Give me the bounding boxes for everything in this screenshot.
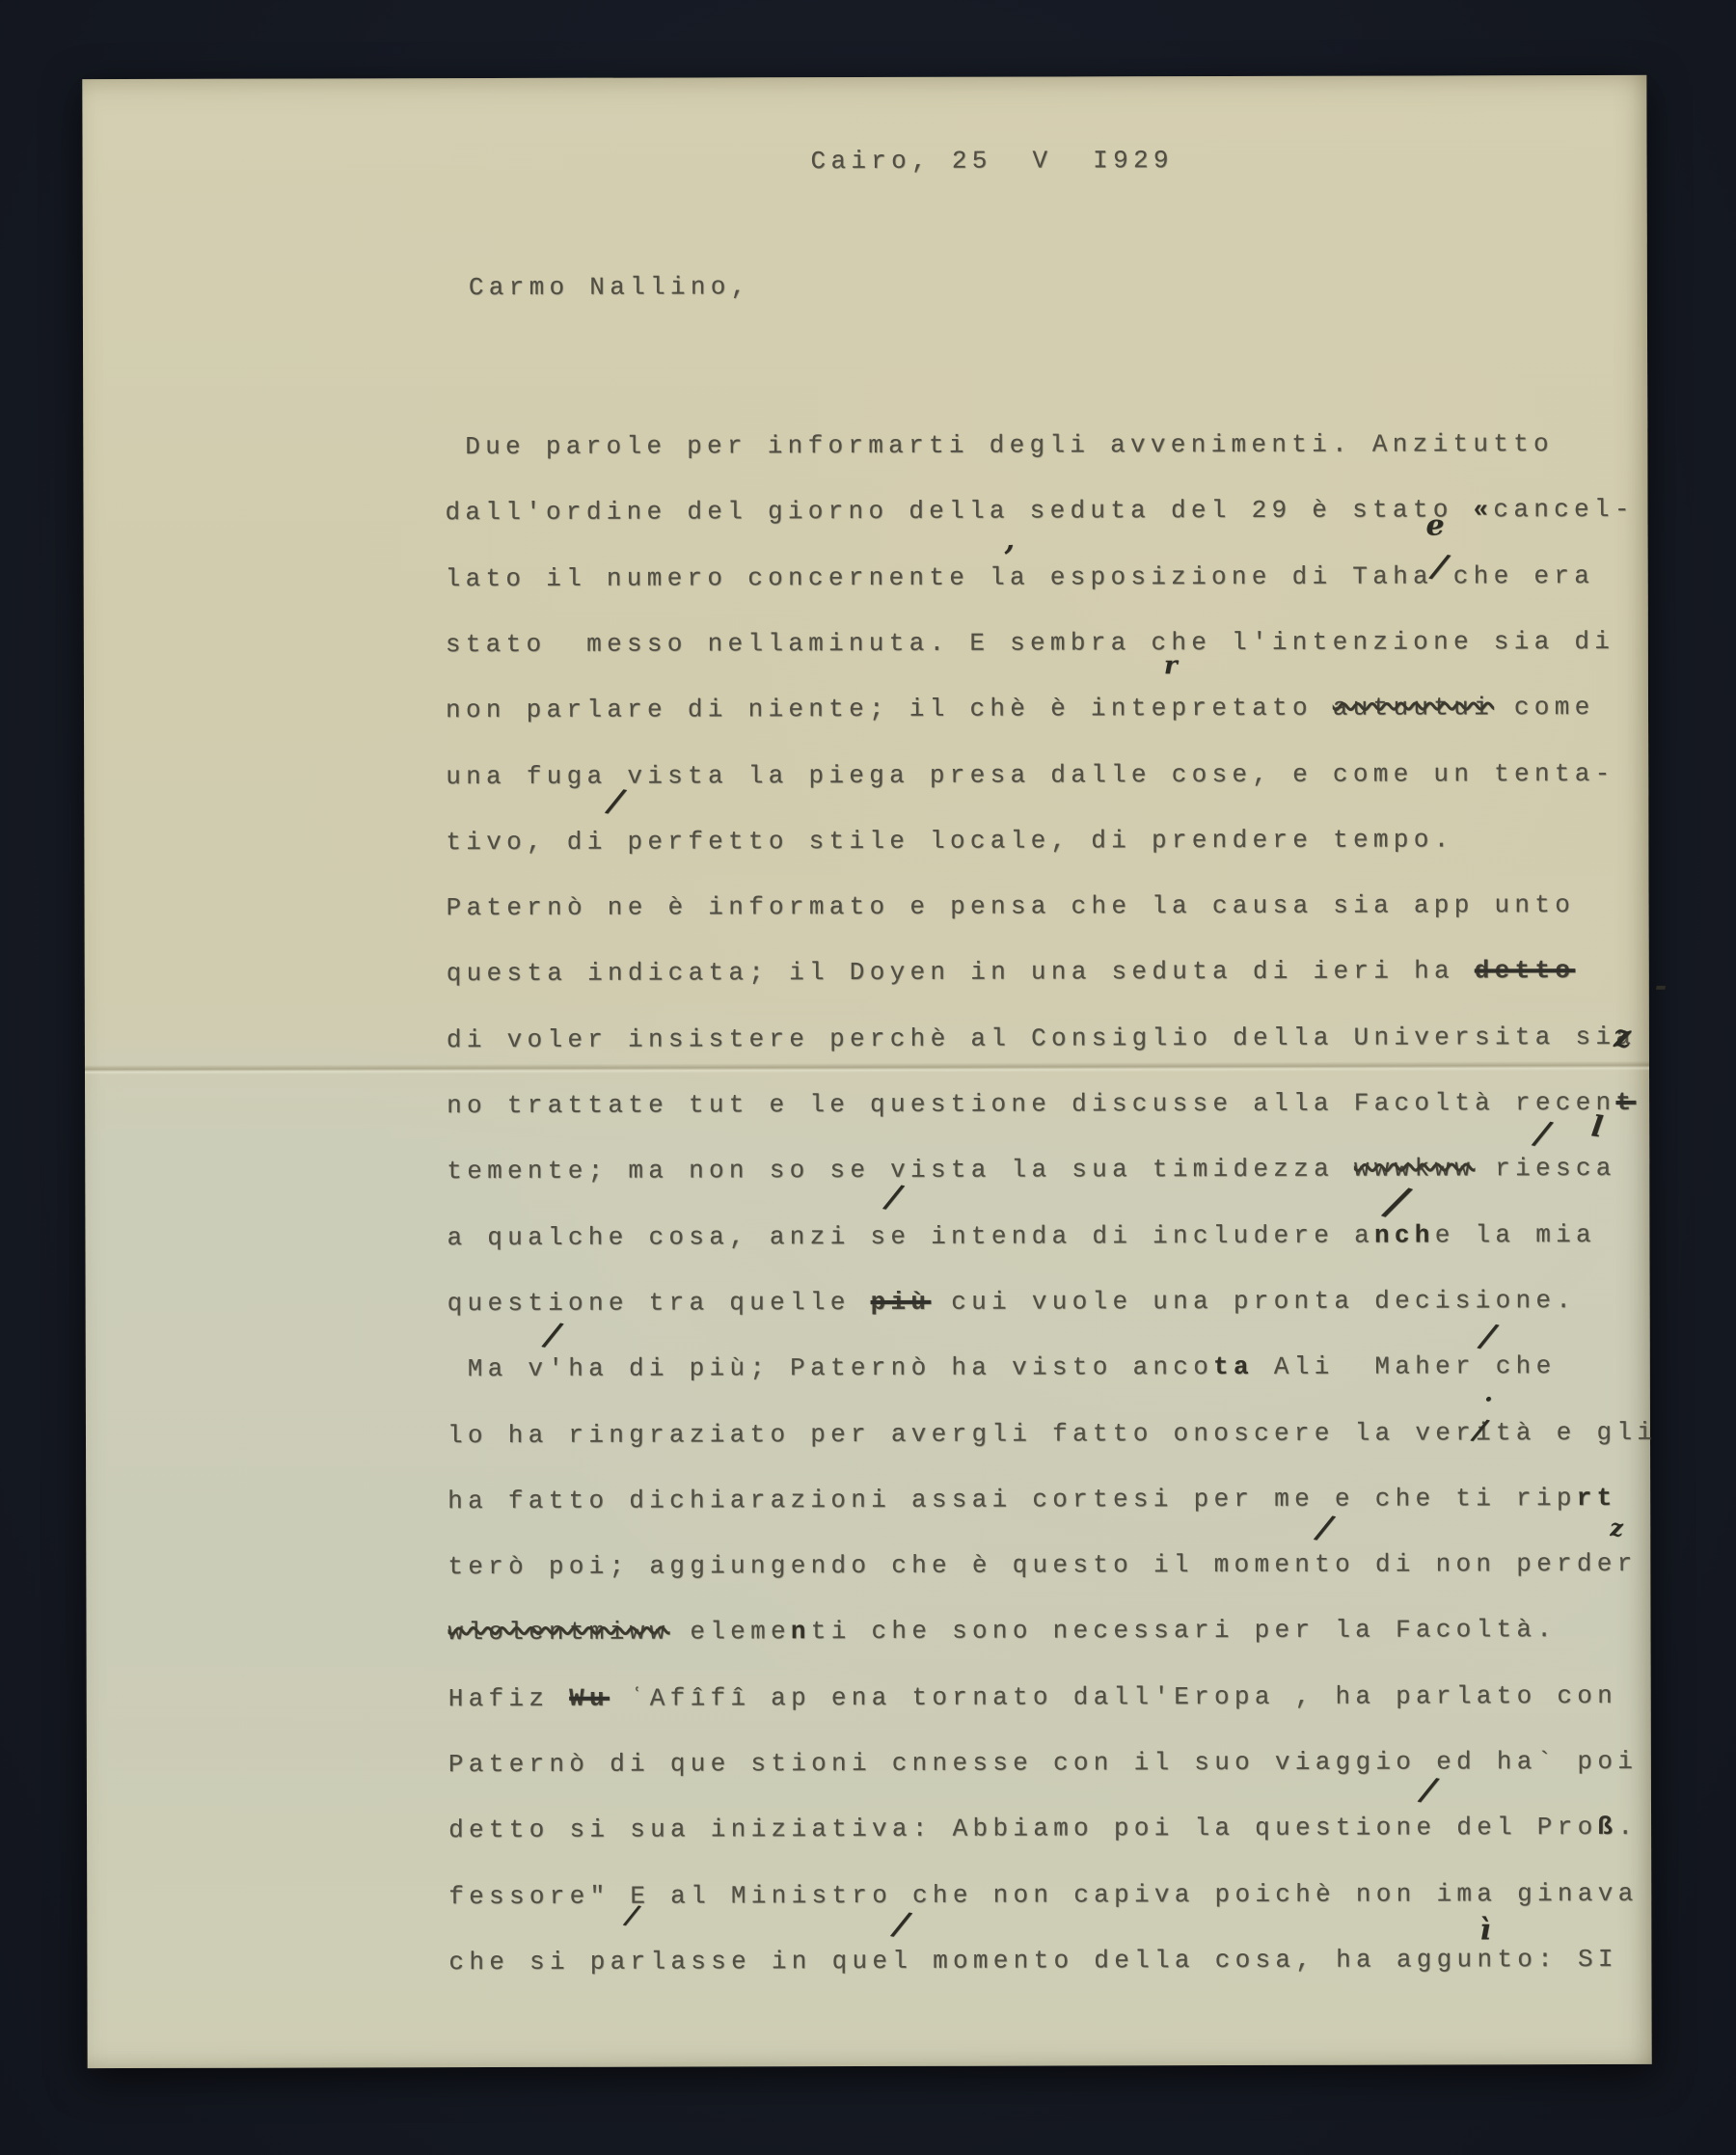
typed-line: ha fatto dichiarazioni assai cortesi per…	[448, 1482, 1616, 1517]
pen-annotation: /	[892, 1907, 910, 1942]
salutation: Carmo Nallino,	[469, 270, 751, 304]
letter-lines: Due parole per informarti degli avvenime…	[82, 75, 1646, 79]
typed-line: fessore" E al Ministro che non capiva po…	[448, 1877, 1638, 1913]
typed-line: Paternò ne è informato e pensa che la ca…	[447, 888, 1576, 924]
typed-line: temente; ma non so se vista la sua timid…	[447, 1152, 1615, 1187]
typed-line: non parlare di niente; il chè è intepret…	[446, 691, 1595, 726]
typed-line: questa indicata; il Doyen in una seduta …	[447, 954, 1576, 990]
typed-line: wlolentmiww elementi che sono necessari …	[448, 1614, 1557, 1650]
typed-line: di voler insistere perchè al Consiglio d…	[447, 1021, 1636, 1056]
pen-annotation: /	[543, 1318, 561, 1352]
pen-annotation: r	[1164, 653, 1178, 678]
typed-line: Due parole per informarti degli avvenime…	[445, 427, 1554, 463]
pen-annotation: ·	[1484, 1387, 1493, 1412]
typed-line: Ma v'ha di più; Paternò ha visto ancota …	[448, 1350, 1557, 1385]
typed-line: detto si sua iniziativa: Abbiamo poi la …	[448, 1811, 1638, 1846]
paper-fold-crease	[85, 1061, 1649, 1075]
pen-annotation: /	[1533, 1116, 1552, 1151]
pen-annotations: e/,r/-zl/////·//z///ì	[82, 75, 1646, 79]
pen-annotation: z	[1614, 1021, 1631, 1051]
typed-line: dall'ordine del giorno della seduta del …	[445, 493, 1634, 529]
date-line: Cairo, 25 V I929	[810, 144, 1173, 177]
letter-page: Cairo, 25 V I929 Carmo Nallino, Due paro…	[82, 75, 1651, 2068]
pen-annotation: /	[1316, 1511, 1334, 1545]
typed-line: che si parlasse in quel momento della co…	[448, 1943, 1617, 1978]
pen-annotation: ì	[1479, 1916, 1490, 1945]
typed-line: terò poi; aggiungendo che è questo il mo…	[448, 1547, 1637, 1583]
pen-annotation: z	[1610, 1516, 1623, 1540]
typed-line: tivo, di perfetto stile locale, di prend…	[446, 823, 1453, 859]
pen-annotation: e	[1425, 511, 1444, 540]
typed-line: stato messo nellaminuta. E sembra che l'…	[446, 625, 1614, 661]
typed-line: lato il numero concernente la esposizion…	[446, 559, 1595, 595]
typed-line: a qualche cosa, anzi se intenda di inclu…	[447, 1218, 1596, 1254]
typed-line: Paternò di que stioni cnnesse con il suo…	[448, 1745, 1638, 1781]
pen-annotation: ,	[1005, 527, 1016, 556]
pen-annotation: -	[1655, 972, 1668, 1001]
typed-line: no trattate tut e le questione discusse …	[447, 1086, 1636, 1122]
pen-annotation: /	[1478, 1319, 1497, 1353]
typed-line: Hafiz Wu ʿAfîfî ap ena tornato dall'Erop…	[448, 1679, 1617, 1715]
scan-background: { "document": { "kind": "typewritten-let…	[0, 0, 1736, 2155]
typed-line: questione tra quelle più cui vuole una p…	[448, 1284, 1577, 1320]
